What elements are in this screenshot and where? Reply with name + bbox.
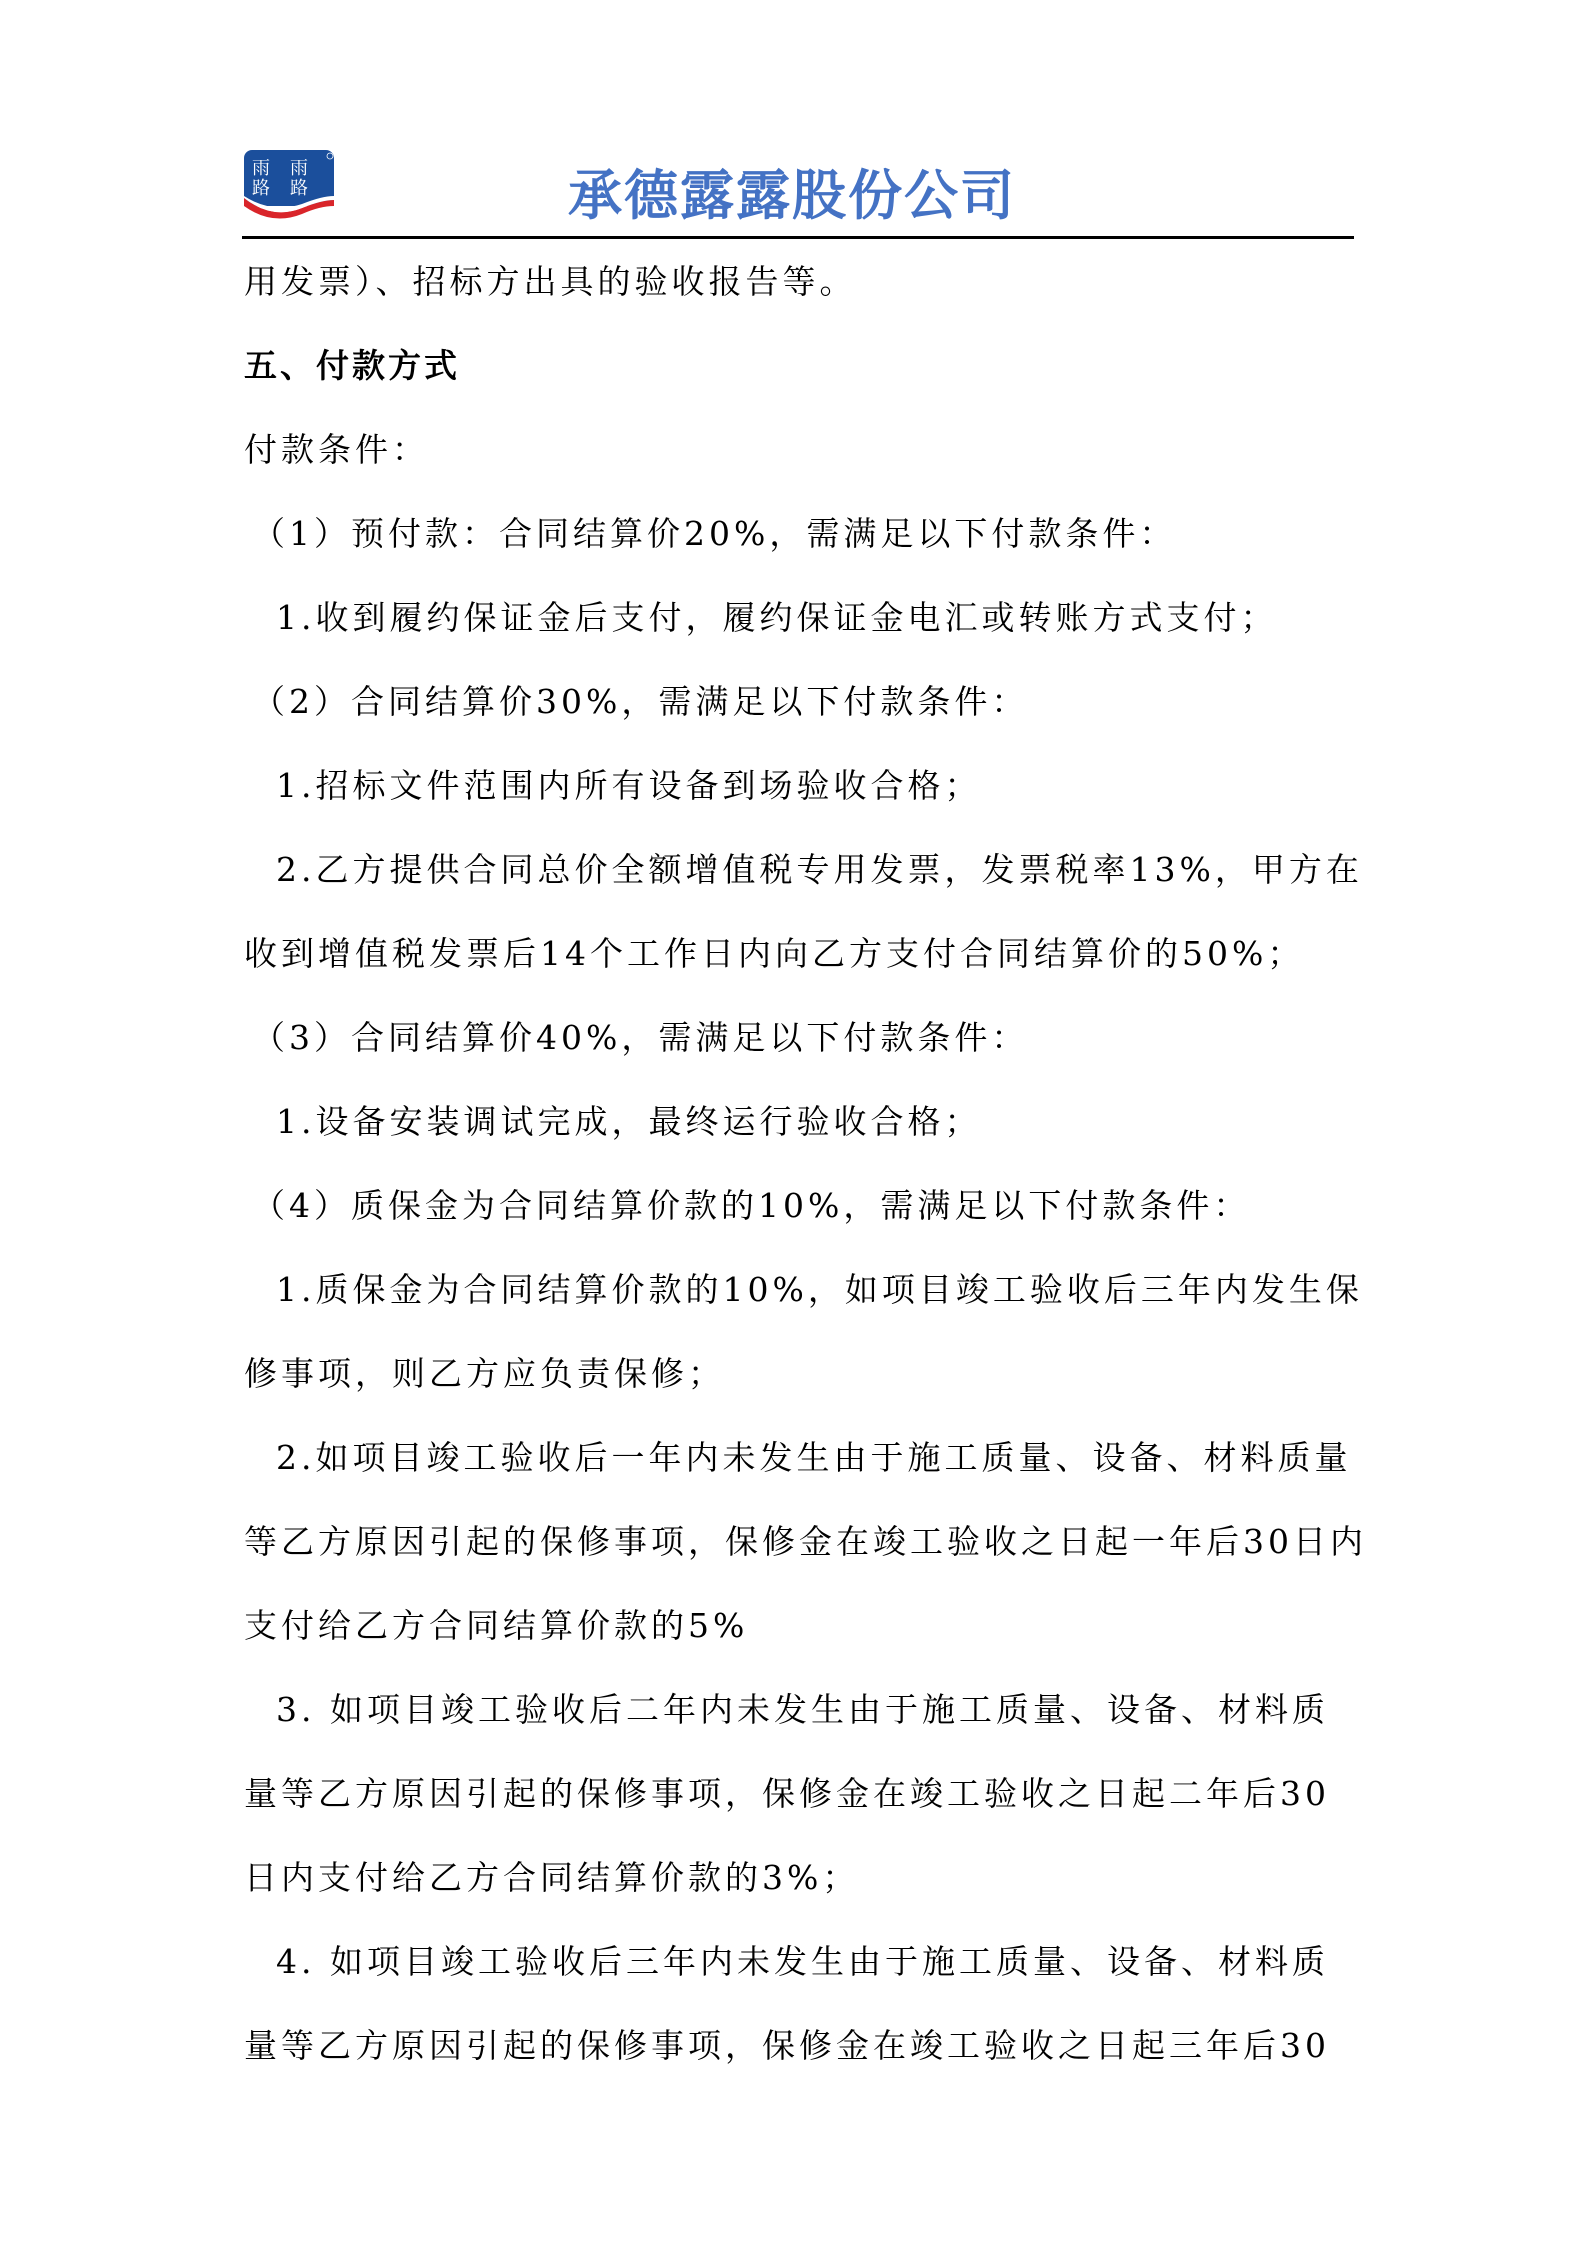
payment-item-4: （4）质保金为合同结算价款的10%，需满足以下付款条件： bbox=[244, 1174, 1354, 1258]
header-divider bbox=[242, 236, 1354, 239]
payment-item-3: （3）合同结算价40%，需满足以下付款条件： bbox=[244, 1006, 1354, 1090]
text-line: 日内支付给乙方合同结算价款的3%； bbox=[244, 1846, 1354, 1930]
text-line: 等乙方原因引起的保修事项，保修金在竣工验收之日起一年后30日内 bbox=[244, 1510, 1354, 1594]
text-line: 支付给乙方合同结算价款的5% bbox=[244, 1594, 1354, 1678]
payment-item-2: （2）合同结算价30%，需满足以下付款条件： bbox=[244, 670, 1354, 754]
text-line: 2.如项目竣工验收后一年内未发生由于施工质量、设备、材料质量 bbox=[244, 1426, 1354, 1510]
text-line: 用发票）、招标方出具的验收报告等。 bbox=[244, 250, 1354, 334]
svg-text:雨: 雨 bbox=[252, 158, 270, 179]
text-line: 4. 如项目竣工验收后三年内未发生由于施工质量、设备、材料质 bbox=[244, 1930, 1354, 2014]
text-line: 修事项，则乙方应负责保修； bbox=[244, 1342, 1354, 1426]
payment-item-1: （1）预付款：合同结算价20%，需满足以下付款条件： bbox=[244, 502, 1354, 586]
company-name: 承德露露股份公司 bbox=[568, 164, 1016, 228]
svg-text:雨: 雨 bbox=[290, 158, 308, 179]
text-line: 3. 如项目竣工验收后二年内未发生由于施工质量、设备、材料质 bbox=[244, 1678, 1354, 1762]
page-header: 雨 路 雨 路 承德露露股份公司 bbox=[242, 148, 1354, 240]
text-line: 付款条件： bbox=[244, 418, 1354, 502]
company-logo-icon: 雨 路 雨 路 bbox=[242, 148, 338, 220]
section-heading: 五、付款方式 bbox=[244, 334, 1354, 418]
text-line: 2.乙方提供合同总价全额增值税专用发票，发票税率13%，甲方在 bbox=[244, 838, 1354, 922]
text-line: 1.招标文件范围内所有设备到场验收合格； bbox=[244, 754, 1354, 838]
svg-text:路: 路 bbox=[290, 178, 308, 199]
text-line: 量等乙方原因引起的保修事项，保修金在竣工验收之日起二年后30 bbox=[244, 1762, 1354, 1846]
svg-text:路: 路 bbox=[252, 178, 270, 199]
text-line: 1.质保金为合同结算价款的10%，如项目竣工验收后三年内发生保 bbox=[244, 1258, 1354, 1342]
text-line: 1.设备安装调试完成，最终运行验收合格； bbox=[244, 1090, 1354, 1174]
text-line: 收到增值税发票后14个工作日内向乙方支付合同结算价的50%； bbox=[244, 922, 1354, 1006]
text-line: 量等乙方原因引起的保修事项，保修金在竣工验收之日起三年后30 bbox=[244, 2014, 1354, 2098]
text-line: 1.收到履约保证金后支付，履约保证金电汇或转账方式支付； bbox=[244, 586, 1354, 670]
document-body: 用发票）、招标方出具的验收报告等。 五、付款方式 付款条件： （1）预付款：合同… bbox=[244, 250, 1354, 2098]
